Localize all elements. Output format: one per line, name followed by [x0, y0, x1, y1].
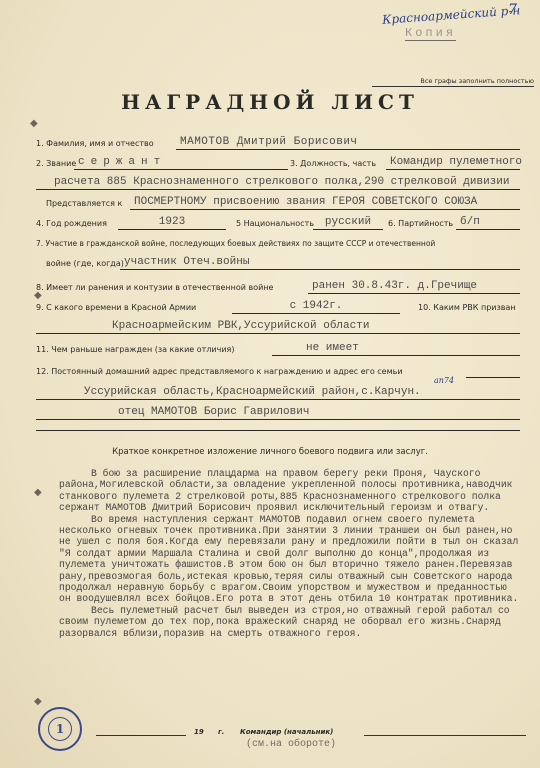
year-label: 19 [194, 728, 204, 736]
summary-paragraph: В бою за расширение плацдарма на правом … [59, 468, 519, 514]
field-label: войне (где, когда) [46, 259, 124, 268]
field-value-position-cont: расчета 885 Краснознаменного стрелкового… [36, 175, 520, 190]
field-label: 7. Участие в гражданской войне, последую… [36, 239, 435, 248]
field-label: 8. Имеет ли ранения и контузии в отечест… [36, 283, 273, 292]
field-home-address-value: Уссурийская область,Красноармейский райо… [36, 384, 520, 400]
field-label: Представляется к [46, 199, 122, 208]
field-family-address: отец МАМОТОВ Борис Гаврилович [36, 404, 520, 420]
summary-narrative: В бою за расширение плацдарма на правом … [59, 468, 519, 639]
document-title: НАГРАДНОЙ ЛИСТ [0, 90, 540, 114]
field-value-wounds: ранен 30.8.43г. д.Гречище [308, 279, 520, 294]
field-label: 3. Должность, часть [290, 159, 376, 168]
field-value-party: б/п [456, 215, 520, 230]
field-label: 11. Чем раньше награжден (за какие отлич… [36, 345, 235, 354]
commander-label: Командир (начальник) [240, 728, 333, 736]
field-label: 2. Звание [36, 159, 76, 168]
field-label: 4. Год рождения [36, 219, 107, 228]
field-value-prior-awards: не имеет [272, 341, 520, 356]
field-value-blank [466, 363, 520, 378]
field-value-blank [454, 405, 520, 420]
field-prior-awards: 11. Чем раньше награжден (за какие отлич… [36, 340, 520, 356]
field-value-position: Командир пулеметного [386, 155, 520, 170]
handwritten-note: Красноармейский р-н [382, 3, 521, 27]
summary-title: Краткое конкретное изложение личного бое… [0, 447, 540, 457]
field-rank-position: 2. Звание сержант 3. Должность, часть Ко… [36, 154, 520, 170]
punch-hole-mark: ◆ [34, 487, 42, 498]
page-number: 7 [508, 2, 517, 18]
field-label: 10. Каким РВК призван [418, 303, 516, 312]
commander-signature-line [364, 735, 526, 736]
year-suffix-label: г. [218, 728, 224, 736]
field-full-name: 1. Фамилия, имя и отчество МАМОТОВ Дмитр… [36, 134, 520, 150]
field-value-conscription-office: Красноармейским РВК,Уссурийской области [36, 319, 520, 334]
handwritten-correction: ап74 [434, 376, 454, 385]
field-birth-nationality-party: 4. Год рождения 1923 5 Национальность ру… [36, 214, 520, 230]
official-stamp: 1 [38, 707, 82, 751]
field-value-birth-year: 1923 [118, 215, 226, 230]
punch-hole-mark: ◆ [30, 118, 38, 129]
field-label: 1. Фамилия, имя и отчество [36, 139, 154, 148]
field-value-family: отец МАМОТОВ Борис Гаврилович [36, 405, 518, 420]
award-sheet-page: Красноармейский р-н 7 Копия Все графы за… [0, 0, 540, 768]
field-label: 5 Национальность [236, 219, 314, 228]
field-label: 12. Постоянный домашний адрес представля… [36, 367, 403, 376]
field-conscription-office: Красноармейским РВК,Уссурийской области [36, 318, 520, 334]
field-position-cont: расчета 885 Краснознаменного стрелкового… [36, 174, 520, 190]
signature-row: 19 г. Командир (начальник) [96, 724, 526, 738]
punch-hole-mark: ◆ [34, 696, 42, 707]
field-value-presented: ПОСМЕРТНОМУ присвоению звания ГЕРОЯ СОВЕ… [130, 195, 520, 210]
field-value-nationality: русский [313, 215, 383, 230]
divider-line [36, 430, 520, 431]
copy-label: Копия [405, 26, 456, 41]
field-war-participation: войне (где, когда) участник Отеч.войны [36, 254, 520, 270]
field-civil-war: 7. Участие в гражданской войне, последую… [36, 234, 520, 250]
stamp-number: 1 [48, 717, 72, 741]
fill-note: Все графы заполнить полностью [372, 77, 534, 87]
field-presented-to: Представляется к ПОСМЕРТНОМУ присвоению … [36, 194, 520, 210]
see-back-note: (см.на обороте) [246, 739, 336, 750]
field-label: 9. С какого времени в Красной Армии [36, 303, 196, 312]
field-value-full-name: МАМОТОВ Дмитрий Борисович [176, 135, 520, 150]
field-army-since: 9. С какого времени в Красной Армии с 19… [36, 298, 520, 314]
date-line [96, 735, 186, 736]
summary-paragraph: Во время наступления сержант МАМОТОВ под… [59, 514, 519, 605]
field-value-war-participation: участник Отеч.войны [120, 255, 520, 270]
field-value-army-since: с 1942г. [232, 299, 400, 314]
summary-paragraph: Весь пулеметный расчет был выведен из ст… [59, 605, 519, 639]
field-label: 6. Партийность [388, 219, 453, 228]
field-wounds: 8. Имеет ли ранения и контузии в отечест… [36, 278, 520, 294]
field-value-home-address: Уссурийская область,Красноармейский райо… [36, 385, 520, 400]
field-value-rank: сержант [74, 155, 288, 170]
